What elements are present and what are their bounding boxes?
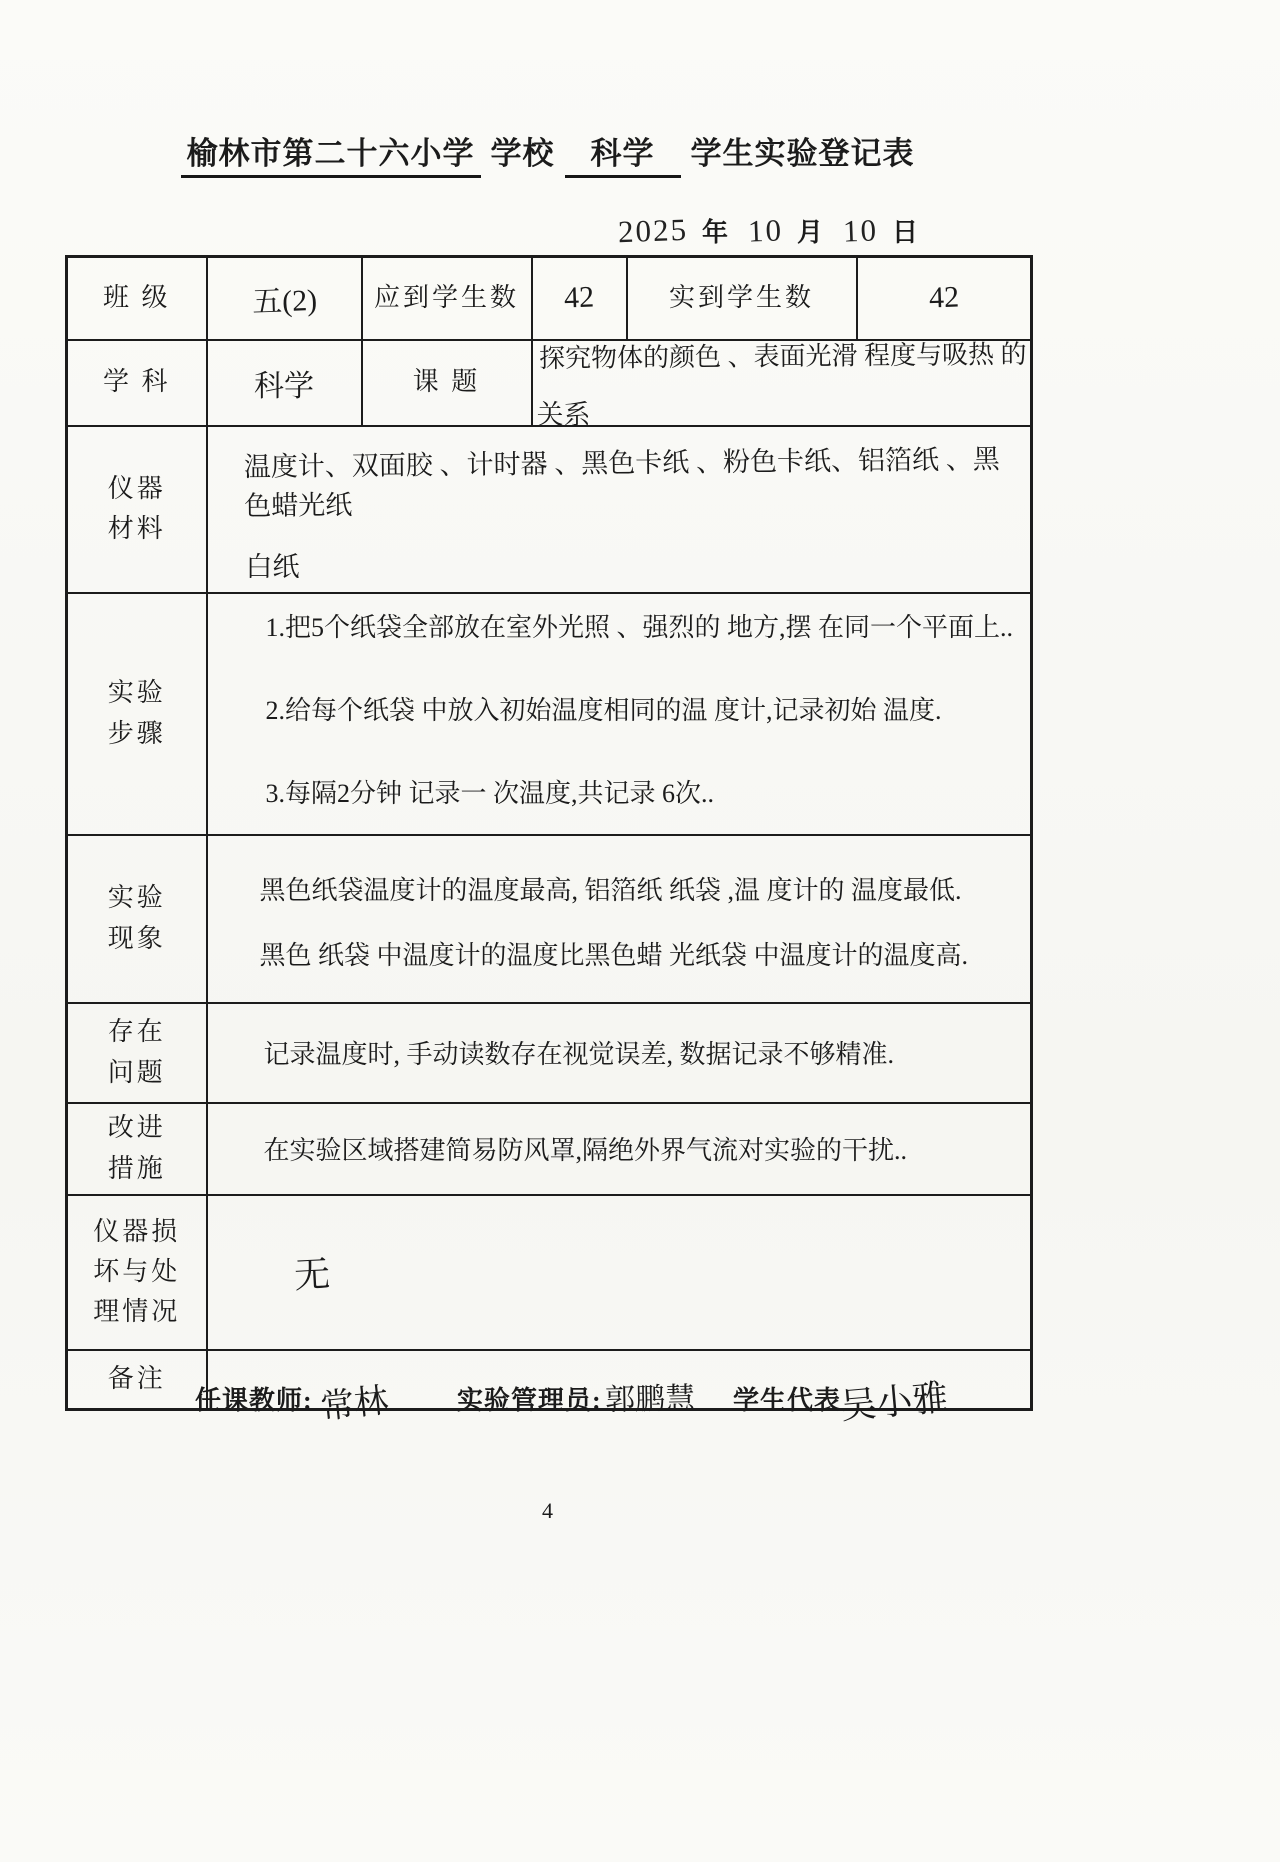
date-year-unit: 年 [702, 212, 734, 249]
phenomena-line-2: 黑色 纸袋 中温度计的温度比黑色蜡 光纸袋 中温度计的温度高. [260, 935, 1023, 972]
table-row-improvements: 改进 措施 在实验区域搭建简易防风罩,隔绝外界气流对实验的干扰.. [67, 1103, 1032, 1195]
topic-value-cell: 探究物体的颜色 、表面光滑 程度与吸热 的 关系 [532, 340, 1032, 426]
phenomena-value-cell: 黑色纸袋温度计的温度最高, 铝箔纸 纸袋 ,温 度计的 温度最低. 黑色 纸袋 … [207, 835, 1032, 1003]
topic-line-2: 关系 [537, 393, 591, 432]
title-rest: 学生实验登记表 [691, 128, 915, 173]
actual-students-value: 42 [928, 281, 959, 316]
manager-label: 实验管理员: [457, 1380, 602, 1417]
table-row-class: 班 级 五(2) 应到学生数 42 实到学生数 42 [67, 257, 1032, 340]
steps-value-cell: 1.把5个纸袋全部放在室外光照 、强烈的 地方,摆 在同一个平面上.. 2.给每… [207, 593, 1032, 835]
manager-signature: 郭鹏慧 [605, 1373, 696, 1419]
table-row-materials: 仪器 材料 温度计、双面胶 、计时器 、黑色卡纸 、粉色卡纸、铝箔纸 、黑色蜡光… [67, 426, 1032, 593]
teacher-signature: 常林 [318, 1373, 391, 1429]
experiment-registration-table: 班 级 五(2) 应到学生数 42 实到学生数 42 学 科 科学 课 题 探究… [65, 255, 1033, 1411]
class-value: 五(2) [251, 275, 317, 321]
scanned-form-sheet: 榆林市第二十六小学学校科学学生实验登记表 2025 年 10 月 10 日 班 … [0, 0, 1280, 1862]
problems-line: 记录温度时, 手动读数存在视觉误差, 数据记录不够精准. [264, 1034, 1031, 1071]
actual-students-label: 实到学生数 [627, 257, 857, 340]
title-school-name: 榆林市第二十六小学 [181, 128, 481, 178]
actual-students-cell: 42 [857, 257, 1032, 340]
subject-label: 学 科 [67, 340, 207, 426]
expected-students-value: 42 [563, 281, 594, 316]
materials-value-cell: 温度计、双面胶 、计时器 、黑色卡纸 、粉色卡纸、铝箔纸 、黑色蜡光纸 白纸 [207, 426, 1032, 593]
step-1: 1.把5个纸袋全部放在室外光照 、强烈的 地方,摆 在同一个平面上.. [266, 612, 1023, 643]
teacher-label: 任课教师: [195, 1380, 313, 1417]
steps-label: 实验 步骤 [67, 593, 207, 835]
damage-value-cell: 无 [207, 1195, 1032, 1350]
step-3: 3.每隔2分钟 记录一 次温度,共记录 6次.. [266, 778, 1023, 809]
subject-value-cell: 科学 [207, 340, 362, 426]
expected-students-label: 应到学生数 [362, 257, 532, 340]
improvements-line: 在实验区域搭建简易防风罩,隔绝外界气流对实验的干扰.. [264, 1130, 1031, 1167]
problems-label: 存在 问题 [67, 1003, 207, 1103]
page-title: 榆林市第二十六小学学校科学学生实验登记表 [65, 128, 1030, 178]
title-school-suffix: 学校 [491, 128, 555, 173]
improvements-label: 改进 措施 [67, 1103, 207, 1195]
topic-label: 课 题 [362, 340, 532, 426]
date-month-unit: 月 [797, 212, 829, 249]
improvements-value-cell: 在实验区域搭建简易防风罩,隔绝外界气流对实验的干扰.. [207, 1103, 1032, 1195]
title-subject: 科学 [565, 128, 681, 178]
representative-signature: 吴小雅 [838, 1369, 950, 1429]
materials-label: 仪器 材料 [67, 426, 207, 593]
table-row-damage: 仪器损 坏与处 理情况 无 [67, 1195, 1032, 1350]
representative-label: 学生代表 [733, 1380, 841, 1417]
table-row-steps: 实验 步骤 1.把5个纸袋全部放在室外光照 、强烈的 地方,摆 在同一个平面上.… [67, 593, 1032, 835]
phenomena-line-1: 黑色纸袋温度计的温度最高, 铝箔纸 纸袋 ,温 度计的 温度最低. [260, 870, 1023, 907]
table-row-subject: 学 科 科学 课 题 探究物体的颜色 、表面光滑 程度与吸热 的 关系 [67, 340, 1032, 426]
phenomena-label: 实验 现象 [67, 835, 207, 1003]
class-label: 班 级 [67, 257, 207, 340]
table-row-problems: 存在 问题 记录温度时, 手动读数存在视觉误差, 数据记录不够精准. [67, 1003, 1032, 1103]
date-month-value: 10 [747, 212, 783, 249]
table-row-phenomena: 实验 现象 黑色纸袋温度计的温度最高, 铝箔纸 纸袋 ,温 度计的 温度最低. … [67, 835, 1032, 1003]
date-day-unit: 日 [892, 212, 924, 249]
materials-line-2: 白纸 [246, 545, 1021, 584]
topic-line-1: 探究物体的颜色 、表面光滑 程度与吸热 的 [538, 338, 1028, 373]
damage-label: 仪器损 坏与处 理情况 [67, 1195, 207, 1350]
damage-value: 无 [292, 1246, 331, 1299]
materials-line-1: 温度计、双面胶 、计时器 、黑色卡纸 、粉色卡纸、铝箔纸 、黑色蜡光纸 [243, 436, 1020, 522]
expected-students-cell: 42 [532, 257, 627, 340]
subject-value: 科学 [254, 370, 314, 403]
date-line: 2025 年 10 月 10 日 [618, 212, 924, 249]
class-value-cell: 五(2) [207, 257, 362, 340]
date-year-value: 2025 [617, 212, 688, 250]
date-day-value: 10 [842, 212, 878, 249]
step-2: 2.给每个纸袋 中放入初始温度相同的温 度计,记录初始 温度. [266, 695, 1023, 726]
remarks-label: 备注 [67, 1350, 207, 1410]
problems-value-cell: 记录温度时, 手动读数存在视觉误差, 数据记录不够精准. [207, 1003, 1032, 1103]
page-number: 4 [65, 1498, 1030, 1524]
